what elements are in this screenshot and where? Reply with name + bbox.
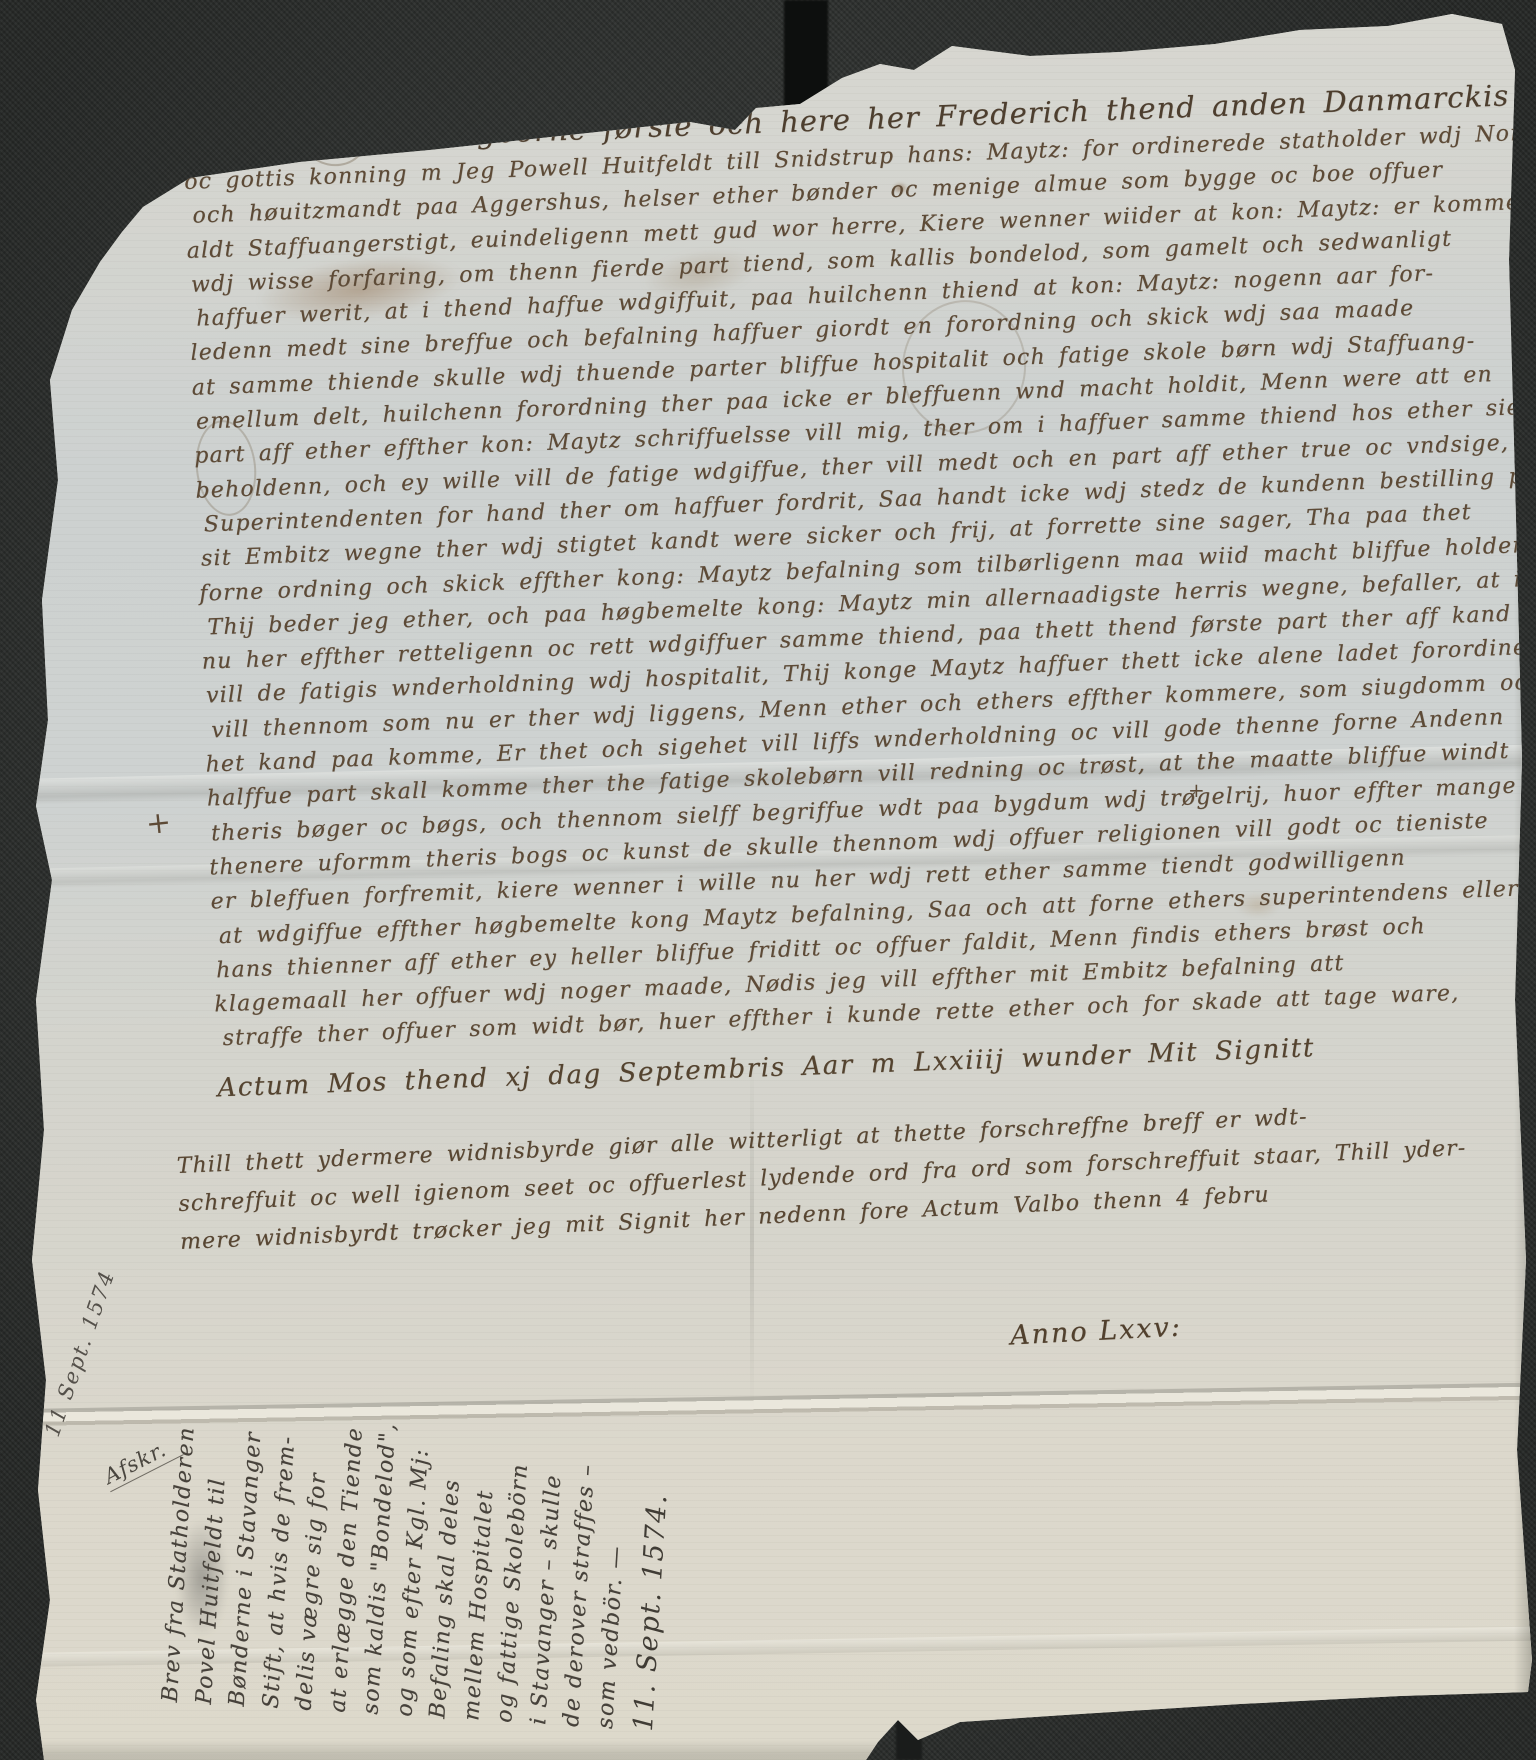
insertion-cross-mark: + (1188, 778, 1205, 802)
archival-date-annotation: 11 Sept. 1574 (40, 1267, 120, 1440)
attestation-year: Anno Lxxv: (1009, 1312, 1182, 1352)
archival-summary-note: Brev fra Statholderen Povel Huitfeldt ti… (154, 1386, 678, 1732)
letter-body-text: Stormechtigste høgborne førsle och here … (182, 79, 1397, 1103)
manuscript-paper-sheet: Stormechtigste høgborne førsle och here … (0, 0, 1536, 1760)
margin-cross-mark: + (144, 805, 173, 842)
attestation-text: Thill thett ydermere widnisbyrde giør al… (176, 1096, 1380, 1262)
